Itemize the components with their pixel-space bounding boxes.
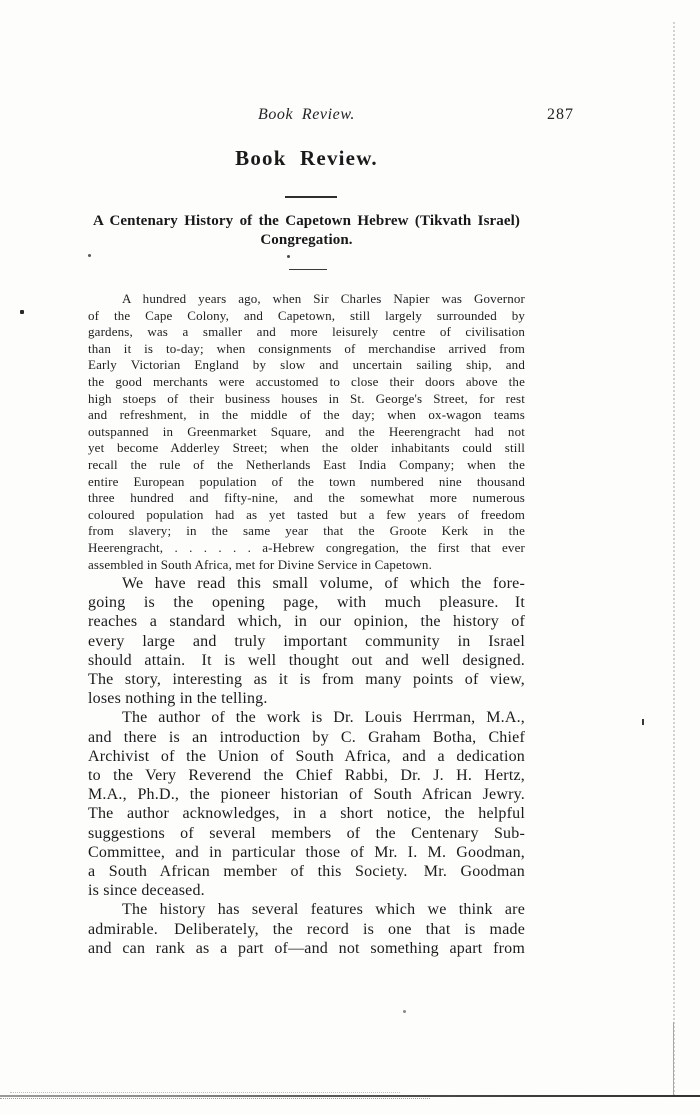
body-line: admirable. Deliberately, the record is o… — [88, 920, 525, 939]
review-heading-line1: A Centenary History of the Capetown Hebr… — [88, 212, 525, 231]
body-line: Archivist of the Union of South Africa, … — [88, 747, 525, 766]
body-line: a South African member of this Society. … — [88, 862, 525, 881]
quote-line: the good merchants were accustomed to cl… — [88, 374, 525, 391]
quote-line: entire European population of the town n… — [88, 474, 525, 491]
review-heading: A Centenary History of the Capetown Hebr… — [88, 212, 525, 250]
article-body: We have read this small volume, of which… — [88, 574, 525, 958]
quote-line: gardens, was a smaller and more leisurel… — [88, 324, 525, 341]
body-line: The author of the work is Dr. Louis Herr… — [88, 708, 525, 727]
body-line: should attain. It is well thought out an… — [88, 651, 525, 670]
body-line: reaches a standard which, in our opinion… — [88, 612, 525, 631]
body-paragraph: The author of the work is Dr. Louis Herr… — [88, 708, 525, 900]
quote-line: three hundred and fifty-nine, and the so… — [88, 490, 525, 507]
quote-line: and refreshment, in the middle of the da… — [88, 407, 525, 424]
scan-artifact-bottom-line — [0, 1095, 700, 1097]
body-line: and there is an introduction by C. Graha… — [88, 728, 525, 747]
body-line: and can rank as a part of—and not someth… — [88, 939, 525, 958]
quote-line: outspanned in Greenmarket Square, and th… — [88, 424, 525, 441]
body-line: is since deceased. — [88, 881, 525, 900]
body-line: The history has several features which w… — [88, 900, 525, 919]
quote-line: A hundred years ago, when Sir Charles Na… — [88, 291, 525, 308]
quote-line: assembled in South Africa, met for Divin… — [88, 557, 525, 574]
scan-artifact-bottom-speckle-upper — [10, 1092, 400, 1093]
divider-rule-bottom — [289, 269, 327, 270]
quote-line: recall the rule of the Netherlands East … — [88, 457, 525, 474]
article-title: Book Review. — [88, 146, 525, 171]
scan-artifact-right-edge-dots — [673, 22, 675, 1096]
body-paragraph: We have read this small volume, of which… — [88, 574, 525, 708]
scan-artifact-dot-left-margin — [20, 310, 24, 314]
review-heading-line2: Congregation. — [88, 231, 525, 250]
scan-artifact-dot-under-heading-left — [88, 254, 91, 257]
scan-artifact-dot-bottom — [403, 1010, 406, 1013]
body-line: The story, interesting as it is from man… — [88, 670, 525, 689]
quote-line: from slavery; in the same year that the … — [88, 523, 525, 540]
body-line: Committee, and in particular those of Mr… — [88, 843, 525, 862]
scan-artifact-right-edge-line — [673, 1022, 674, 1097]
body-line: going is the opening page, with much ple… — [88, 593, 525, 612]
body-line: M.A., Ph.D., the pioneer historian of So… — [88, 785, 525, 804]
quote-line: of the Cape Colony, and Capetown, still … — [88, 308, 525, 325]
body-line: The author acknowledges, in a short noti… — [88, 804, 525, 823]
quote-line: Heerengracht, . . . . . . a-Hebrew congr… — [88, 540, 525, 557]
quote-line: yet become Adderley Street; when the old… — [88, 440, 525, 457]
quote-line: than it is to-day; when consignments of … — [88, 341, 525, 358]
scan-artifact-tick-right-margin — [642, 719, 644, 725]
body-line: to the Very Reverend the Chief Rabbi, Dr… — [88, 766, 525, 785]
running-header: Book Review. — [88, 106, 525, 124]
scan-artifact-dot-under-heading-center — [287, 255, 290, 258]
body-line: loses nothing in the telling. — [88, 689, 525, 708]
scan-artifact-bottom-speckle-lower — [0, 1098, 430, 1099]
quote-line: Early Victorian England by slow and unce… — [88, 357, 525, 374]
divider-rule-top — [285, 196, 337, 198]
scanned-page: Book Review. 287 Book Review. A Centenar… — [0, 0, 700, 1115]
page-number: 287 — [547, 106, 574, 124]
quote-line: coloured population had as yet tasted bu… — [88, 507, 525, 524]
body-line: We have read this small volume, of which… — [88, 574, 525, 593]
body-paragraph: The history has several features which w… — [88, 900, 525, 958]
opening-quote: A hundred years ago, when Sir Charles Na… — [88, 291, 525, 573]
quote-line: high stoeps of their business houses in … — [88, 391, 525, 408]
body-line: suggestions of several members of the Ce… — [88, 824, 525, 843]
body-line: every large and truly important communit… — [88, 632, 525, 651]
